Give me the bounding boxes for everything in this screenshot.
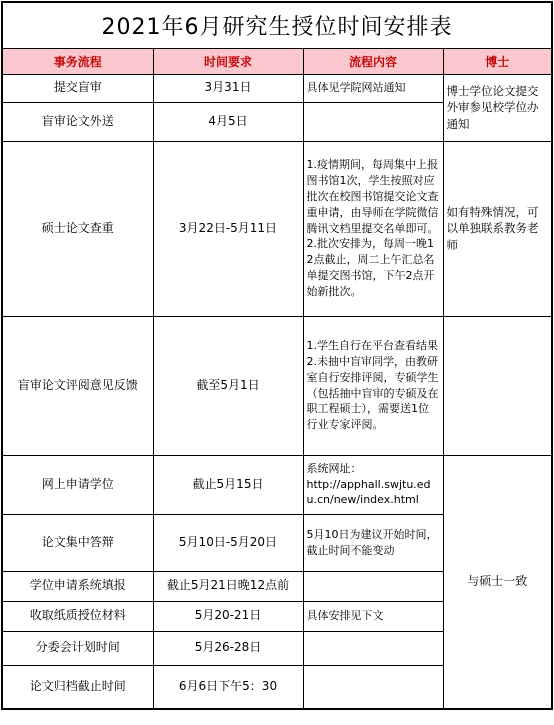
page-title: 2021年6月研究生授位时间安排表 — [2, 2, 552, 48]
cell-process: 提交盲审 — [2, 74, 153, 102]
cell-time: 5月26-28日 — [153, 631, 303, 665]
cell-process: 学位申请系统填报 — [2, 571, 153, 601]
title-row: 2021年6月研究生授位时间安排表 — [2, 2, 552, 48]
cell-time: 4月5日 — [153, 102, 303, 141]
cell-content: 5月10日为建议开始时间，截止时间不能变动 — [303, 514, 443, 571]
cell-process: 论文归档截止时间 — [2, 665, 153, 709]
column-header-time: 时间要求 — [153, 48, 303, 74]
cell-doctor-submit-review: 博士学位论文提交外审参见校学位办通知 — [443, 74, 552, 141]
cell-content — [303, 631, 443, 665]
cell-content — [303, 102, 443, 141]
cell-process: 收取纸质授位材料 — [2, 601, 153, 631]
column-header-doctor: 博士 — [443, 48, 552, 74]
cell-process: 盲审论文外送 — [2, 102, 153, 141]
cell-time: 3月22日-5月11日 — [153, 141, 303, 316]
cell-time: 截至5月1日 — [153, 316, 303, 455]
cell-content: 具体见学院网站通知 — [303, 74, 443, 102]
table-row: 盲审论文评阅意见反馈 截至5月1日 1.学生自行在平台查看结果 2.未抽中盲审同… — [2, 316, 552, 455]
cell-doctor-feedback — [443, 316, 552, 455]
cell-process: 分委会计划时间 — [2, 631, 153, 665]
column-header-process: 事务流程 — [2, 48, 153, 74]
cell-process: 盲审论文评阅意见反馈 — [2, 316, 153, 455]
cell-time: 3月31日 — [153, 74, 303, 102]
cell-content: 1.疫情期间，每周集中上报图书馆1次，学生按照对应批次在校图书馆提交论文查重申请… — [303, 141, 443, 316]
table-row: 硕士论文查重 3月22日-5月11日 1.疫情期间，每周集中上报图书馆1次，学生… — [2, 141, 552, 316]
cell-content — [303, 571, 443, 601]
schedule-sheet: 2021年6月研究生授位时间安排表 事务流程 时间要求 流程内容 博士 提交盲审… — [1, 1, 551, 710]
cell-time: 5月20-21日 — [153, 601, 303, 631]
cell-doctor-plagiarism-check: 如有特殊情况，可以单独联系教务老师 — [443, 141, 552, 316]
cell-content: 系统网址： http://apphall.swjtu.edu.cn/new/in… — [303, 455, 443, 514]
cell-process: 硕士论文查重 — [2, 141, 153, 316]
cell-content — [303, 665, 443, 709]
column-header-content: 流程内容 — [303, 48, 443, 74]
cell-content: 具体安排见下文 — [303, 601, 443, 631]
cell-time: 截止5月15日 — [153, 455, 303, 514]
header-row: 事务流程 时间要求 流程内容 博士 — [2, 48, 552, 74]
cell-time: 6月6日下午5：30 — [153, 665, 303, 709]
cell-doctor-same-as-master: 与硕士一致 — [443, 455, 552, 709]
table-row: 提交盲审 3月31日 具体见学院网站通知 博士学位论文提交外审参见校学位办通知 — [2, 74, 552, 102]
cell-time: 截止5月21日晚12点前 — [153, 571, 303, 601]
cell-time: 5月10日-5月20日 — [153, 514, 303, 571]
cell-process: 网上申请学位 — [2, 455, 153, 514]
cell-content: 1.学生自行在平台查看结果 2.未抽中盲审同学，由教研室自行安排评阅，专硕学生（… — [303, 316, 443, 455]
schedule-table: 2021年6月研究生授位时间安排表 事务流程 时间要求 流程内容 博士 提交盲审… — [1, 1, 553, 710]
table-row: 网上申请学位 截止5月15日 系统网址： http://apphall.swjt… — [2, 455, 552, 514]
cell-process: 论文集中答辩 — [2, 514, 153, 571]
